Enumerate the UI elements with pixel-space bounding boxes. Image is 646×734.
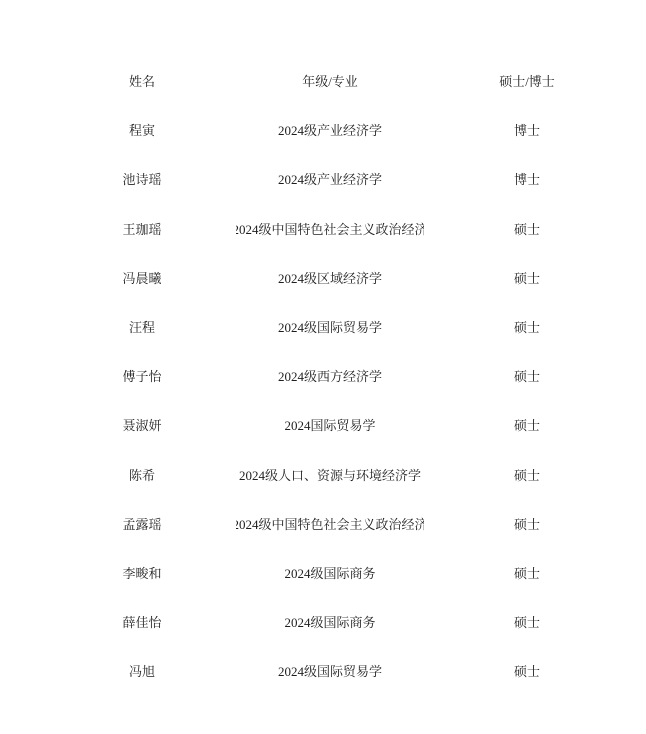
header-degree: 硕士/博士 [487,57,567,106]
cell-major: 2024国际贸易学 [236,401,424,450]
cell-degree: 硕士 [487,647,567,696]
header-name: 姓名 [100,57,184,106]
cell-name: 程寅 [100,106,184,155]
cell-major: 2024级中国特色社会主义政治经济 [236,205,424,254]
cell-major-text: 2024级人口、资源与环境经济学 [239,451,421,500]
student-table: 姓名 年级/专业 硕士/博士 程寅 2024级产业经济学 博士 池诗瑶 2024… [100,57,580,696]
cell-degree: 博士 [487,155,567,204]
cell-major: 2024级人口、资源与环境经济学 [236,451,424,500]
cell-degree: 硕士 [487,352,567,401]
cell-major-text: 2024级产业经济学 [278,106,382,155]
table-row: 薛佳怡 2024级国际商务 硕士 [100,598,580,647]
cell-major: 2024级西方经济学 [236,352,424,401]
cell-major: 2024级区域经济学 [236,254,424,303]
header-major: 年级/专业 [236,57,424,106]
cell-degree: 硕士 [487,500,567,549]
cell-name: 傅子怡 [100,352,184,401]
cell-name: 池诗瑶 [100,155,184,204]
table-row: 傅子怡 2024级西方经济学 硕士 [100,352,580,401]
cell-major: 2024级中国特色社会主义政治经济 [236,500,424,549]
table-row: 池诗瑶 2024级产业经济学 博士 [100,155,580,204]
cell-name: 冯旭 [100,647,184,696]
cell-name: 陈希 [100,451,184,500]
table-row: 聂淑妍 2024国际贸易学 硕士 [100,401,580,450]
cell-major-text: 2024级国际贸易学 [278,647,382,696]
cell-degree: 硕士 [487,254,567,303]
cell-degree: 硕士 [487,451,567,500]
document-page: 姓名 年级/专业 硕士/博士 程寅 2024级产业经济学 博士 池诗瑶 2024… [0,0,646,734]
cell-degree: 硕士 [487,549,567,598]
table-header-row: 姓名 年级/专业 硕士/博士 [100,57,580,106]
cell-name: 冯晨曦 [100,254,184,303]
cell-major-text: 2024级西方经济学 [278,352,382,401]
cell-degree: 硕士 [487,598,567,647]
cell-major-text: 2024级国际贸易学 [278,303,382,352]
table-row: 冯旭 2024级国际贸易学 硕士 [100,647,580,696]
cell-degree: 硕士 [487,205,567,254]
cell-major-text: 2024级中国特色社会主义政治经济 [236,205,424,254]
cell-major: 2024级产业经济学 [236,106,424,155]
cell-major-text: 2024级国际商务 [284,598,375,647]
table-row: 程寅 2024级产业经济学 博士 [100,106,580,155]
table-row: 陈希 2024级人口、资源与环境经济学 硕士 [100,451,580,500]
cell-degree: 硕士 [487,303,567,352]
cell-name: 孟露瑶 [100,500,184,549]
cell-major-text: 2024级产业经济学 [278,155,382,204]
cell-name: 李畯和 [100,549,184,598]
cell-major-text: 2024级区域经济学 [278,254,382,303]
table-row: 王珈瑶 2024级中国特色社会主义政治经济 硕士 [100,205,580,254]
table-row: 孟露瑶 2024级中国特色社会主义政治经济 硕士 [100,500,580,549]
table-row: 李畯和 2024级国际商务 硕士 [100,549,580,598]
table-row: 冯晨曦 2024级区域经济学 硕士 [100,254,580,303]
cell-major-text: 2024级中国特色社会主义政治经济 [236,500,424,549]
cell-major: 2024级国际贸易学 [236,303,424,352]
cell-name: 汪程 [100,303,184,352]
cell-name: 王珈瑶 [100,205,184,254]
cell-major: 2024级国际贸易学 [236,647,424,696]
cell-major: 2024级国际商务 [236,598,424,647]
cell-name: 聂淑妍 [100,401,184,450]
cell-major-text: 2024级国际商务 [284,549,375,598]
cell-name: 薛佳怡 [100,598,184,647]
cell-major: 2024级产业经济学 [236,155,424,204]
cell-major-text: 2024国际贸易学 [284,401,375,450]
cell-major: 2024级国际商务 [236,549,424,598]
cell-degree: 博士 [487,106,567,155]
cell-degree: 硕士 [487,401,567,450]
table-row: 汪程 2024级国际贸易学 硕士 [100,303,580,352]
